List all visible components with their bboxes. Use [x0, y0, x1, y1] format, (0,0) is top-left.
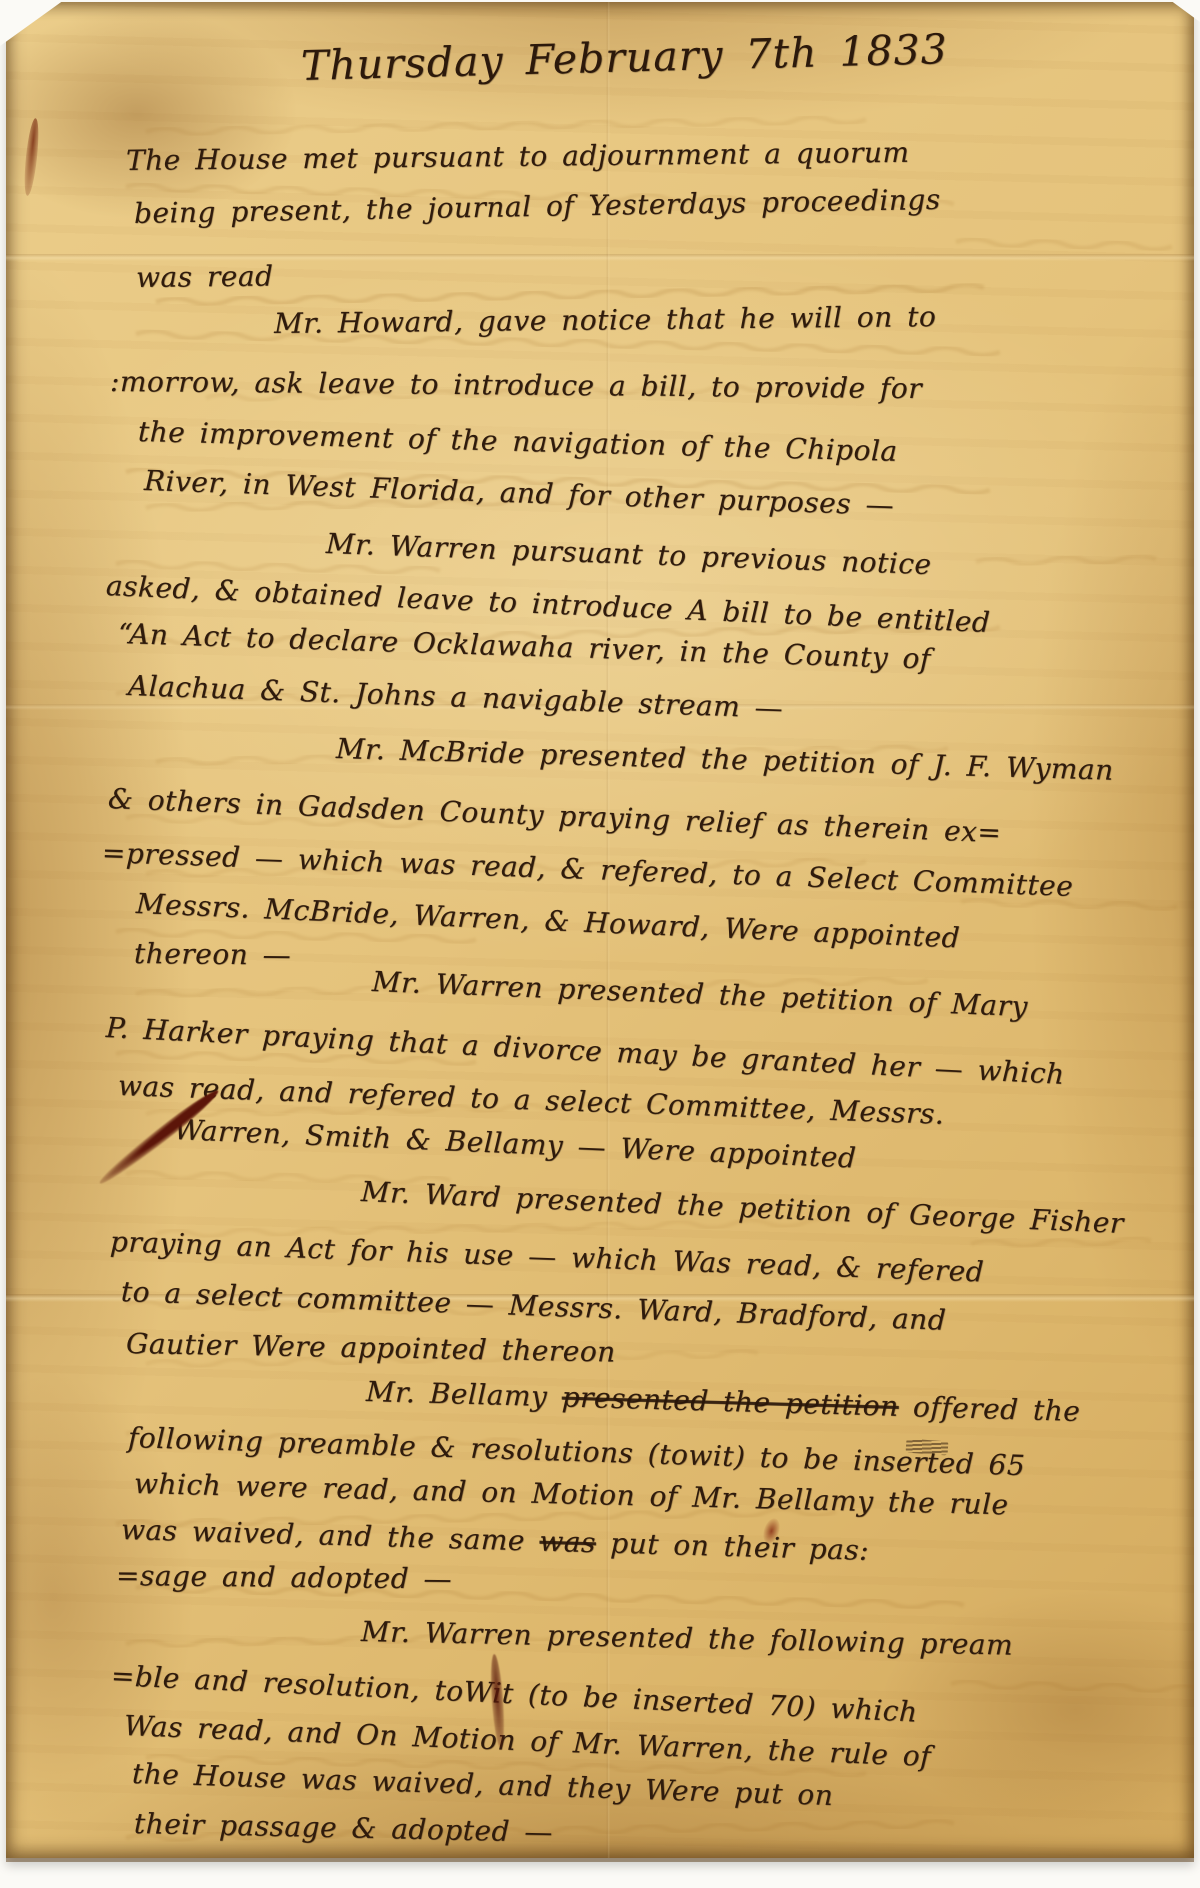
manuscript-line-24: Gautier Were appointed thereon [126, 1330, 616, 1367]
text-run: to a select committee — Messrs. Ward, Br… [120, 1275, 946, 1337]
text-run: put on their pas: [595, 1526, 869, 1567]
ghost-writing-line [146, 116, 866, 136]
text-run: Mr. Ward presented the petition of Georg… [360, 1175, 1124, 1240]
ink-blot-top-left [22, 118, 41, 197]
text-run: & others in Gadsden County praying relie… [107, 782, 1002, 849]
text-run: Mr. Warren pursuant to previous notice [325, 527, 932, 581]
text-run: thereon — [134, 937, 291, 972]
manuscript-line-5: :morrow, ask leave to introduce a bill, … [110, 368, 922, 403]
manuscript-line-23: to a select committee — Messrs. Ward, Br… [121, 1278, 947, 1335]
date-heading: Thursday February 7th 1833 [300, 29, 948, 87]
manuscript-line-22: praying an Act for his use — which Was r… [110, 1228, 985, 1287]
text-run: Mr. Howard, gave notice that he will on … [274, 300, 937, 340]
text-run: was read [136, 260, 274, 294]
text-run: being present, the journal of Yesterdays… [134, 183, 941, 230]
manuscript-line-12: Mr. McBride presented the petition of J.… [336, 735, 1114, 785]
text-run: Mr. Bellamy [366, 1375, 563, 1413]
manuscript-line-4: Mr. Howard, gave notice that he will on … [274, 303, 937, 338]
manuscript-line-1: The House met pursuant to adjournment a … [126, 139, 910, 175]
ghost-writing-line [951, 1681, 1194, 1693]
text-run: Mr. McBride presented the petition of J.… [336, 732, 1115, 787]
text-run: River, in West Florida, and for other pu… [143, 464, 894, 522]
manuscript-line-25: Mr. Bellamy presented the petition offer… [366, 1378, 1081, 1426]
manuscript-line-33: the House was waived, and they Were put … [132, 1760, 834, 1810]
scanned-page: { "document": { "type": "handwritten-jou… [0, 0, 1200, 1888]
manuscript-line-21: Mr. Ward presented the petition of Georg… [360, 1178, 1124, 1238]
manuscript-line-16: thereon — [134, 940, 291, 970]
struck-text: presented the petition [561, 1380, 899, 1422]
text-run: Alachua & St. Johns a navigable stream — [127, 669, 783, 725]
manuscript-line-29: =sage and adopted — [116, 1562, 452, 1594]
manuscript-line-13: & others in Gadsden County praying relie… [107, 785, 1001, 847]
manuscript-line-28: was waived, and the same was put on thei… [121, 1516, 870, 1565]
text-run: Mr. Warren presented the petition of Mar… [371, 965, 1028, 1023]
manuscript-line-34: their passage & adopted — [134, 1810, 553, 1847]
manuscript-line-17: Mr. Warren presented the petition of Mar… [371, 968, 1028, 1021]
text-run: =sage and adopted — [116, 1559, 452, 1596]
manuscript-line-11: Alachua & St. Johns a navigable stream — [128, 672, 784, 723]
ghost-writing-line [976, 555, 1156, 565]
manuscript-line-2: being present, the journal of Yesterdays… [134, 186, 941, 228]
text-run: the improvement of the navigation of the… [138, 415, 898, 468]
text-run: was waived, and the same [121, 1513, 540, 1558]
manuscript-line-7: River, in West Florida, and for other pu… [144, 467, 895, 520]
manuscript-line-20: Warren, Smith & Bellamy — Were appointed [173, 1116, 856, 1173]
struck-text: was [539, 1525, 596, 1560]
text-run: their passage & adopted — [134, 1807, 554, 1849]
text-run: offered the [898, 1390, 1081, 1428]
manuscript-line-30: Mr. Warren presented the following pream [361, 1618, 1014, 1660]
text-run: Mr. Warren presented the following pream [361, 1615, 1014, 1662]
manuscript-paper: Thursday February 7th 1833 The House met… [6, 2, 1194, 1858]
text-run: :morrow, ask leave to introduce a bill, … [110, 365, 922, 405]
text-run: Gautier Were appointed thereon [126, 1327, 616, 1369]
manuscript-line-3: was read [136, 263, 274, 292]
text-run: The House met pursuant to adjournment a … [126, 136, 910, 177]
manuscript-line-6: the improvement of the navigation of the… [138, 418, 898, 466]
manuscript-line-8: Mr. Warren pursuant to previous notice [326, 530, 932, 579]
ghost-writing-line [956, 239, 1172, 251]
ghost-writing-line [971, 1237, 1151, 1247]
